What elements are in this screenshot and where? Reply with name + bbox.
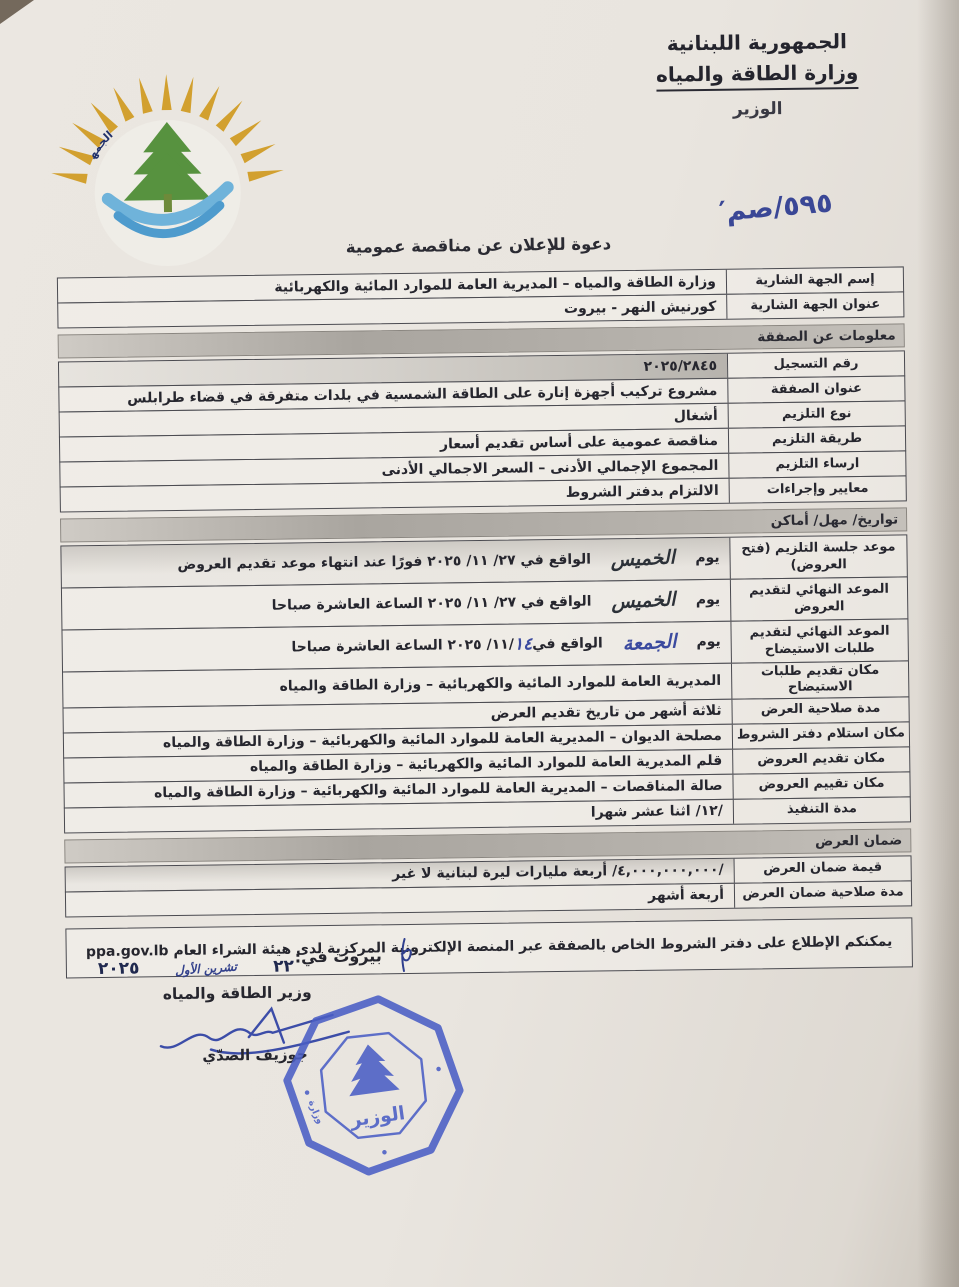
row-label: مدة التنفيذ	[733, 797, 910, 823]
handwritten-day: الخميس	[611, 548, 676, 570]
value-print: يوم	[695, 549, 720, 568]
stamp-center-text: الوزير	[348, 1103, 406, 1131]
value-print: الواقع في	[532, 634, 603, 654]
value-print: يوم	[696, 591, 721, 610]
row-label: عنوان الجهة الشارية	[726, 292, 903, 318]
ministry-name: وزارة الطاقة والمياه	[656, 60, 859, 92]
row-label: معايير وإجراءات	[729, 476, 906, 502]
row-label: نوع التلزيم	[728, 401, 905, 427]
handwritten-day: الخميس	[611, 590, 676, 612]
place-label: بيروت في:	[294, 946, 381, 966]
minister-word: الوزير	[608, 97, 908, 121]
row-label: موعد جلسة التلزيم (فتح العروض)	[729, 535, 907, 578]
value-print: الواقع في ٢٧/ ١١/ ٢٠٢٥ فورًا عند انتهاء …	[177, 551, 591, 575]
handwritten-month: تشرين الأول	[175, 960, 238, 978]
row-label: مدة صلاحية العرض	[731, 697, 908, 723]
value-print: يوم	[696, 633, 721, 652]
tender-table: إسم الجهة الشارية وزارة الطاقة والمياه –…	[57, 267, 913, 978]
handwritten-date-number: ١٤	[514, 633, 533, 656]
value-print: الواقع في ٢٧/ ١١/ ٢٠٢٥ الساعة العاشرة صب…	[272, 593, 592, 616]
row-label: ارساء التلزيم	[728, 451, 905, 477]
row-label: قيمة ضمان العرض	[734, 856, 911, 882]
row-value: يومالخميسالواقع في ٢٧/ ١١/ ٢٠٢٥ فورًا عن…	[61, 538, 729, 588]
handwritten-reference-number: ٥٩٥/صم′	[718, 187, 834, 227]
row-label: عنوان الصفقة	[727, 376, 904, 402]
row-value: يومالخميسالواقع في ٢٧/ ١١/ ٢٠٢٥ الساعة ا…	[62, 580, 730, 630]
row-value: يومالجمعةالواقع في ١٤/١١/ ٢٠٢٥ الساعة ال…	[62, 622, 730, 672]
logo-bottom-text: وزارة الطاقة والمياه	[38, 58, 49, 68]
logo-top-text: الجمهورية اللبنانية	[38, 58, 116, 162]
row-label: طريقة التلزيم	[728, 426, 905, 452]
minister-stamp: الوزير وزارة الطاقة والمياه	[266, 979, 482, 1191]
date-line: ٢٢ تشرين الأول ٢٠٢٥	[98, 956, 294, 979]
stamp-cedar-icon	[300, 1035, 452, 1164]
handwritten-day: الجمعة	[622, 633, 677, 655]
scanned-tender-document: الجمهورية اللبنانية وزارة الطاقة والمياه…	[0, 0, 959, 1287]
row-label: إسم الجهة الشارية	[726, 267, 903, 293]
date-year: ٢٠٢٥	[98, 958, 140, 979]
value-print: /١١/ ٢٠٢٥ الساعة العاشرة صباحا	[291, 636, 514, 658]
row-label: مكان تقديم العروض	[732, 747, 909, 773]
date-day: ٢٢	[273, 956, 294, 976]
row-label: مكان استلام دفتر الشروط	[732, 722, 909, 748]
handwritten-mark	[394, 937, 414, 973]
row-label: الموعد النهائي لتقديم العروض	[730, 577, 908, 620]
row-label: مدة صلاحية ضمان العرض	[734, 881, 911, 907]
document-header: الجمهورية اللبنانية وزارة الطاقة والمياه…	[607, 28, 908, 121]
row-label: مكان تقديم طلبات الاستيضاح	[731, 661, 908, 698]
row-label: رقم التسجيل	[727, 351, 904, 377]
row-label: الموعد النهائي لتقديم طلبات الاستيضاح	[730, 619, 908, 662]
document-title: دعوة للإعلان عن مناقصة عمومية	[263, 233, 693, 258]
ministry-logo: الجمهورية اللبنانية وزارة الطاقة والمياه	[38, 58, 297, 293]
row-label: مكان تقييم العروض	[732, 772, 909, 798]
